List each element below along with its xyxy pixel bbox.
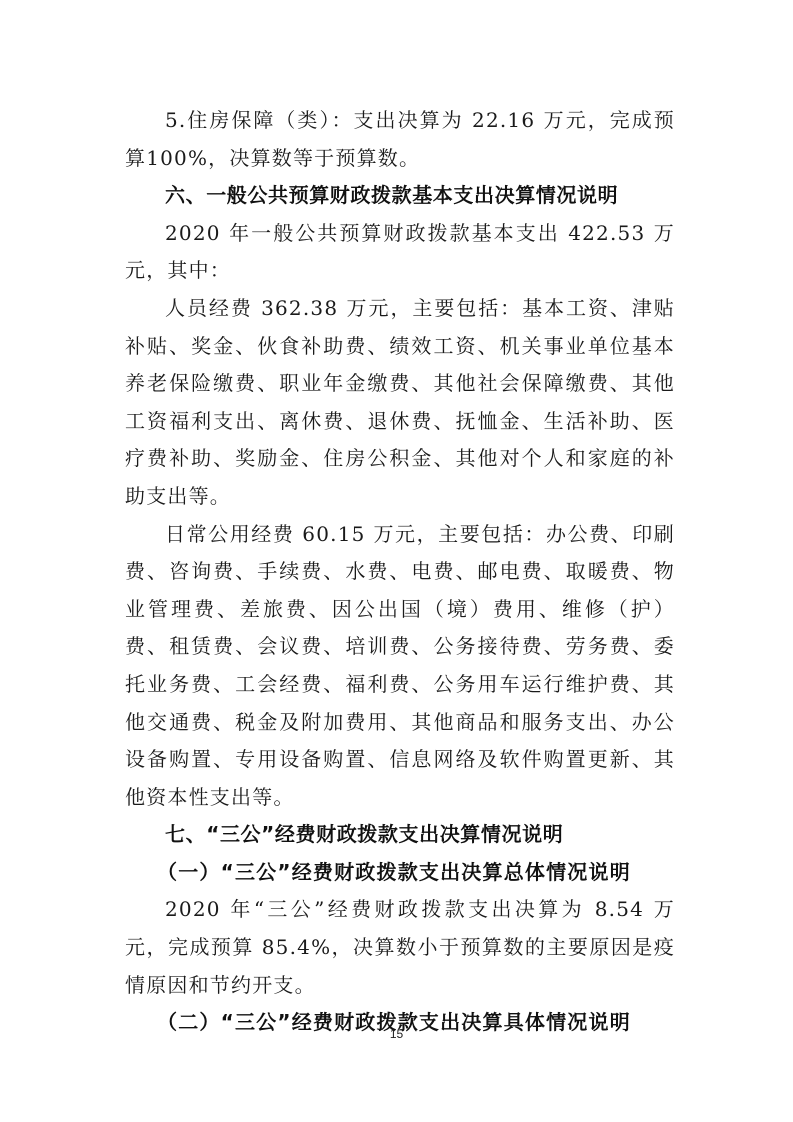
basic-expenditure-paragraph: 2020 年一般公共预算财政拨款基本支出 422.53 万元，其中： [125,215,675,290]
public-expenses-paragraph: 日常公用经费 60.15 万元，主要包括：办公费、印刷费、咨询费、手续费、水费、… [125,516,675,817]
page-number: 15 [0,1027,793,1041]
subsection-1-heading: （一）“三公”经费财政拨款支出决算总体情况说明 [125,854,675,892]
document-page: 5.住房保障（类）：支出决算为 22.16 万元，完成预算100%，决算数等于预… [125,102,675,1042]
section-7-heading: 七、“三公”经费财政拨款支出决算情况说明 [125,816,675,854]
three-public-overall-paragraph: 2020 年“三公”经费财政拨款支出决算为 8.54 万元，完成预算 85.4%… [125,891,675,1004]
personnel-expenses-paragraph: 人员经费 362.38 万元，主要包括：基本工资、津贴补贴、奖金、伙食补助费、绩… [125,290,675,516]
housing-security-paragraph: 5.住房保障（类）：支出决算为 22.16 万元，完成预算100%，决算数等于预… [125,102,675,177]
section-6-heading: 六、一般公共预算财政拨款基本支出决算情况说明 [125,177,675,215]
